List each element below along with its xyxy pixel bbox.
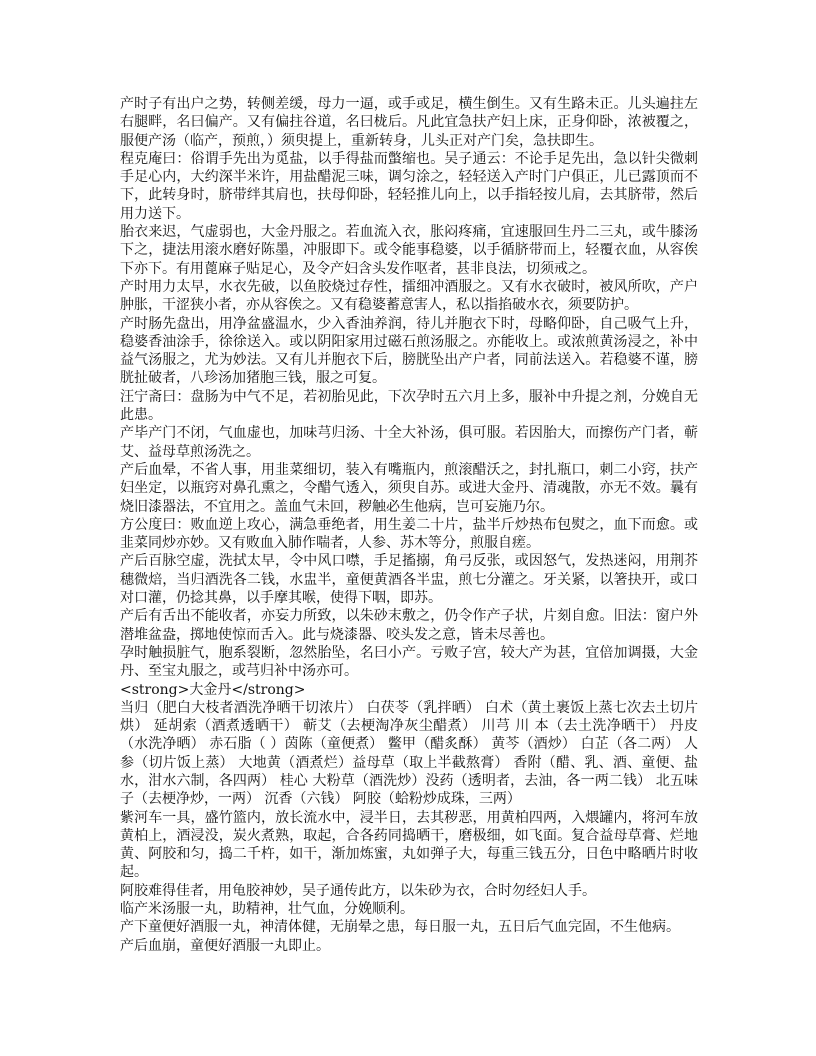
paragraph-delayed-placenta: 胎衣来迟，气虚弱也，大金丹服之。若血流入衣，胀闷疼痛，宜速服回生丹二三丸，或牛膝… [120, 223, 698, 278]
paragraph-prolapse: 产时肠先盘出，用净盆盛温水，少入香油养润，待儿并胞衣下时，母略仰卧，自己吸气上升… [120, 315, 698, 388]
paragraph-preparation: 紫河车一具，盛竹篮内，放长流水中，浸半日，去其秽恶，用黄柏四两，入煨罐内，将河车… [120, 809, 698, 882]
paragraph-usage-after-delivery: 产下童便好酒服一丸，神清体健，无崩晕之患，每日服一丸，五日后气血完固，不生他病。 [120, 918, 698, 936]
paragraph-ingredients: 当归（肥白大枝者酒洗净晒干切浓片） 白茯苓（乳拌晒） 白术（黄土裹饭上蒸七次去土… [120, 699, 698, 809]
paragraph-postpartum-fainting: 产后血晕，不省人事，用韭菜细切，装入有嘴瓶内，煎滚醋沃之，封扎瓶口，刺二小窍，扶… [120, 461, 698, 516]
document-page: 产时子有出户之势，转侧差缓，母力一逼，或手或足，横生倒生。又有生路未正。儿头遍拄… [120, 95, 698, 955]
paragraph-usage-hemorrhage: 产后血崩，童便好酒服一丸即止。 [120, 937, 698, 955]
paragraph-usage-labor: 临产米汤服一丸，助精神，壮气血，分娩顺利。 [120, 900, 698, 918]
paragraph-postpartum-convulsion: 产后百脉空虚，洗拭太早，令中风口噤，手足搐搦，角弓反张，或因怒气，发热迷闷，用荆… [120, 552, 698, 607]
paragraph-ejiao-note: 阿胶难得佳者，用龟胶神妙，吴子通传此方，以朱砂为衣，合时勿经妇人手。 [120, 882, 698, 900]
paragraph-miscarriage: 孕时触损脏气，胞系裂断，忽然胎坠，名曰小产。亏败子宫，较大产为甚，宜倍加调摄，大… [120, 644, 698, 681]
paragraph-wang-ningzhai-quote: 汪宁斋曰：盘肠为中气不足，若初胎见此，下次孕时五六月上多，服补中升提之剂，分娩自… [120, 388, 698, 425]
recipe-heading-dajindan: <strong>大金丹</strong> [120, 681, 698, 699]
paragraph-cheng-kean-quote: 程克庵曰：俗谓手先出为觅盐，以手得盐而蟞缩也。吴子通云：不论手足先出，急以针尖微… [120, 150, 698, 223]
paragraph-fang-gongdu-quote: 方公度曰：败血逆上攻心，满急垂绝者，用生姜二十片，盐半斤炒热布包熨之，血下而愈。… [120, 516, 698, 553]
paragraph-tongue-protrusion: 产后有舌出不能收者，亦妄力所致，以朱砂末敷之，仍令作产子状，片刻自愈。旧法：窗户… [120, 607, 698, 644]
paragraph-unclosed-birth-canal: 产毕产门不闭，气血虚也，加味芎归汤、十全大补汤，俱可服。若因胎大，而擦伤产门者，… [120, 424, 698, 461]
paragraph-breech-birth: 产时子有出户之势，转侧差缓，母力一逼，或手或足，横生倒生。又有生路未正。儿头遍拄… [120, 95, 698, 150]
paragraph-early-rupture: 产时用力太早，水衣先破，以鱼胶烧过存性，擂细冲酒服之。又有水衣破时，被风所吹，产… [120, 278, 698, 315]
